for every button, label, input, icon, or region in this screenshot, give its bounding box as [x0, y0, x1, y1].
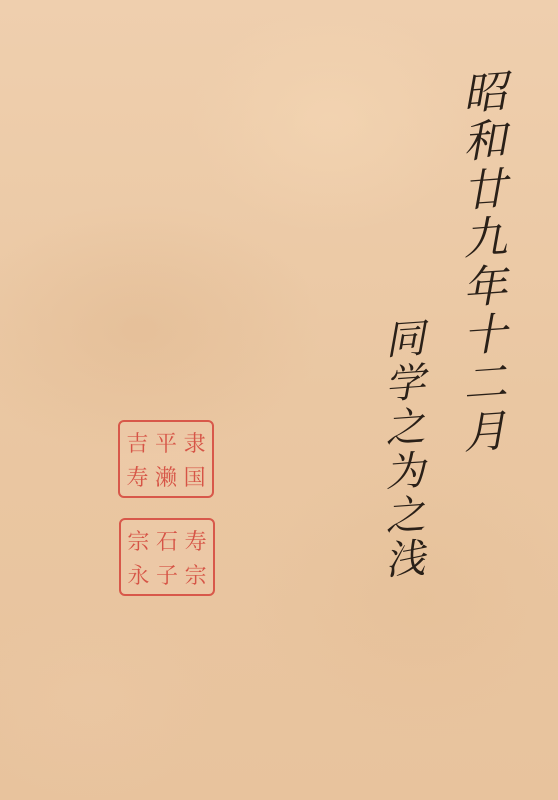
seal-bottom: 宗 石 寿 永 子 宗	[119, 518, 215, 596]
seal-glyph: 石	[153, 523, 182, 557]
glyph: 年	[461, 262, 508, 313]
seal-top: 吉 平 隶 寿 濑 国	[118, 420, 214, 498]
glyph: 浅	[384, 537, 427, 584]
seal-glyph: 宗	[124, 523, 153, 557]
seal-glyph: 平	[152, 425, 181, 459]
seal-glyph: 宗	[181, 557, 210, 591]
seal-glyph: 国	[180, 459, 209, 493]
seal-glyph: 吉	[123, 425, 152, 459]
seal-glyph: 隶	[180, 425, 209, 459]
glyph: 学	[384, 361, 427, 408]
glyph: 廿	[461, 165, 508, 216]
glyph: 同	[384, 317, 427, 364]
glyph: 二	[461, 359, 508, 410]
seal-glyph: 寿	[181, 523, 210, 557]
seal-glyph: 永	[124, 557, 153, 591]
inscription-column-2: 同 学 之 为 之 浅	[385, 318, 425, 582]
glyph: 十	[461, 310, 508, 361]
glyph: 之	[384, 493, 427, 540]
glyph: 为	[384, 449, 427, 496]
seal-glyph: 寿	[123, 459, 152, 493]
inscription-column-1: 昭 和 廿 九 年 十 二 月	[463, 70, 507, 457]
glyph: 九	[461, 214, 508, 265]
glyph: 和	[461, 117, 508, 168]
glyph: 昭	[461, 69, 508, 120]
glyph: 之	[384, 405, 427, 452]
glyph: 月	[461, 407, 508, 458]
seal-glyph: 濑	[152, 459, 181, 493]
seal-glyph: 子	[153, 557, 182, 591]
